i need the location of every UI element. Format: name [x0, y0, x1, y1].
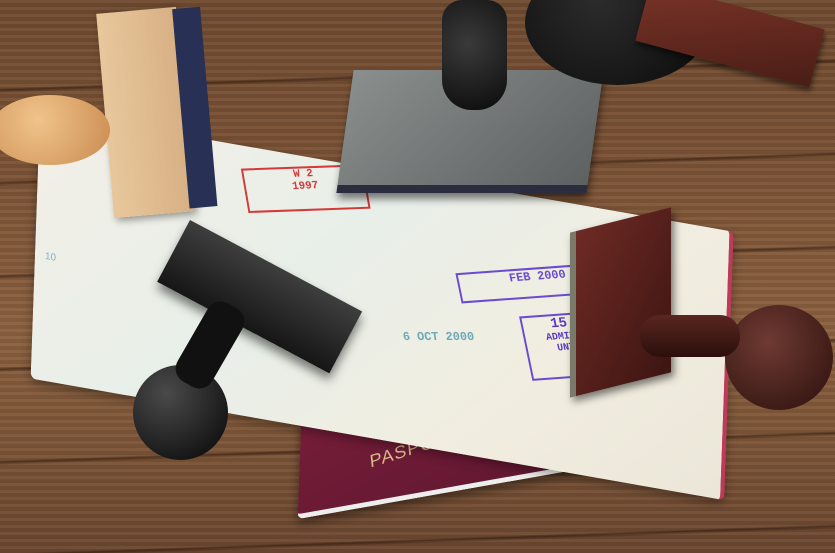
blue-date-stamp: 6 OCT 2000 [383, 330, 495, 352]
dark-brown-neck [640, 315, 740, 357]
dark-brown-stamp-block [570, 207, 671, 397]
dark-brown-handle [725, 305, 833, 410]
black-handle-top [442, 0, 507, 110]
photo-scene: PASPOORT - PA SS W 2 1997 FEB 2000 15 F … [0, 0, 835, 553]
light-wood-stamp [96, 7, 194, 218]
page-number-left: 10 [45, 251, 57, 264]
